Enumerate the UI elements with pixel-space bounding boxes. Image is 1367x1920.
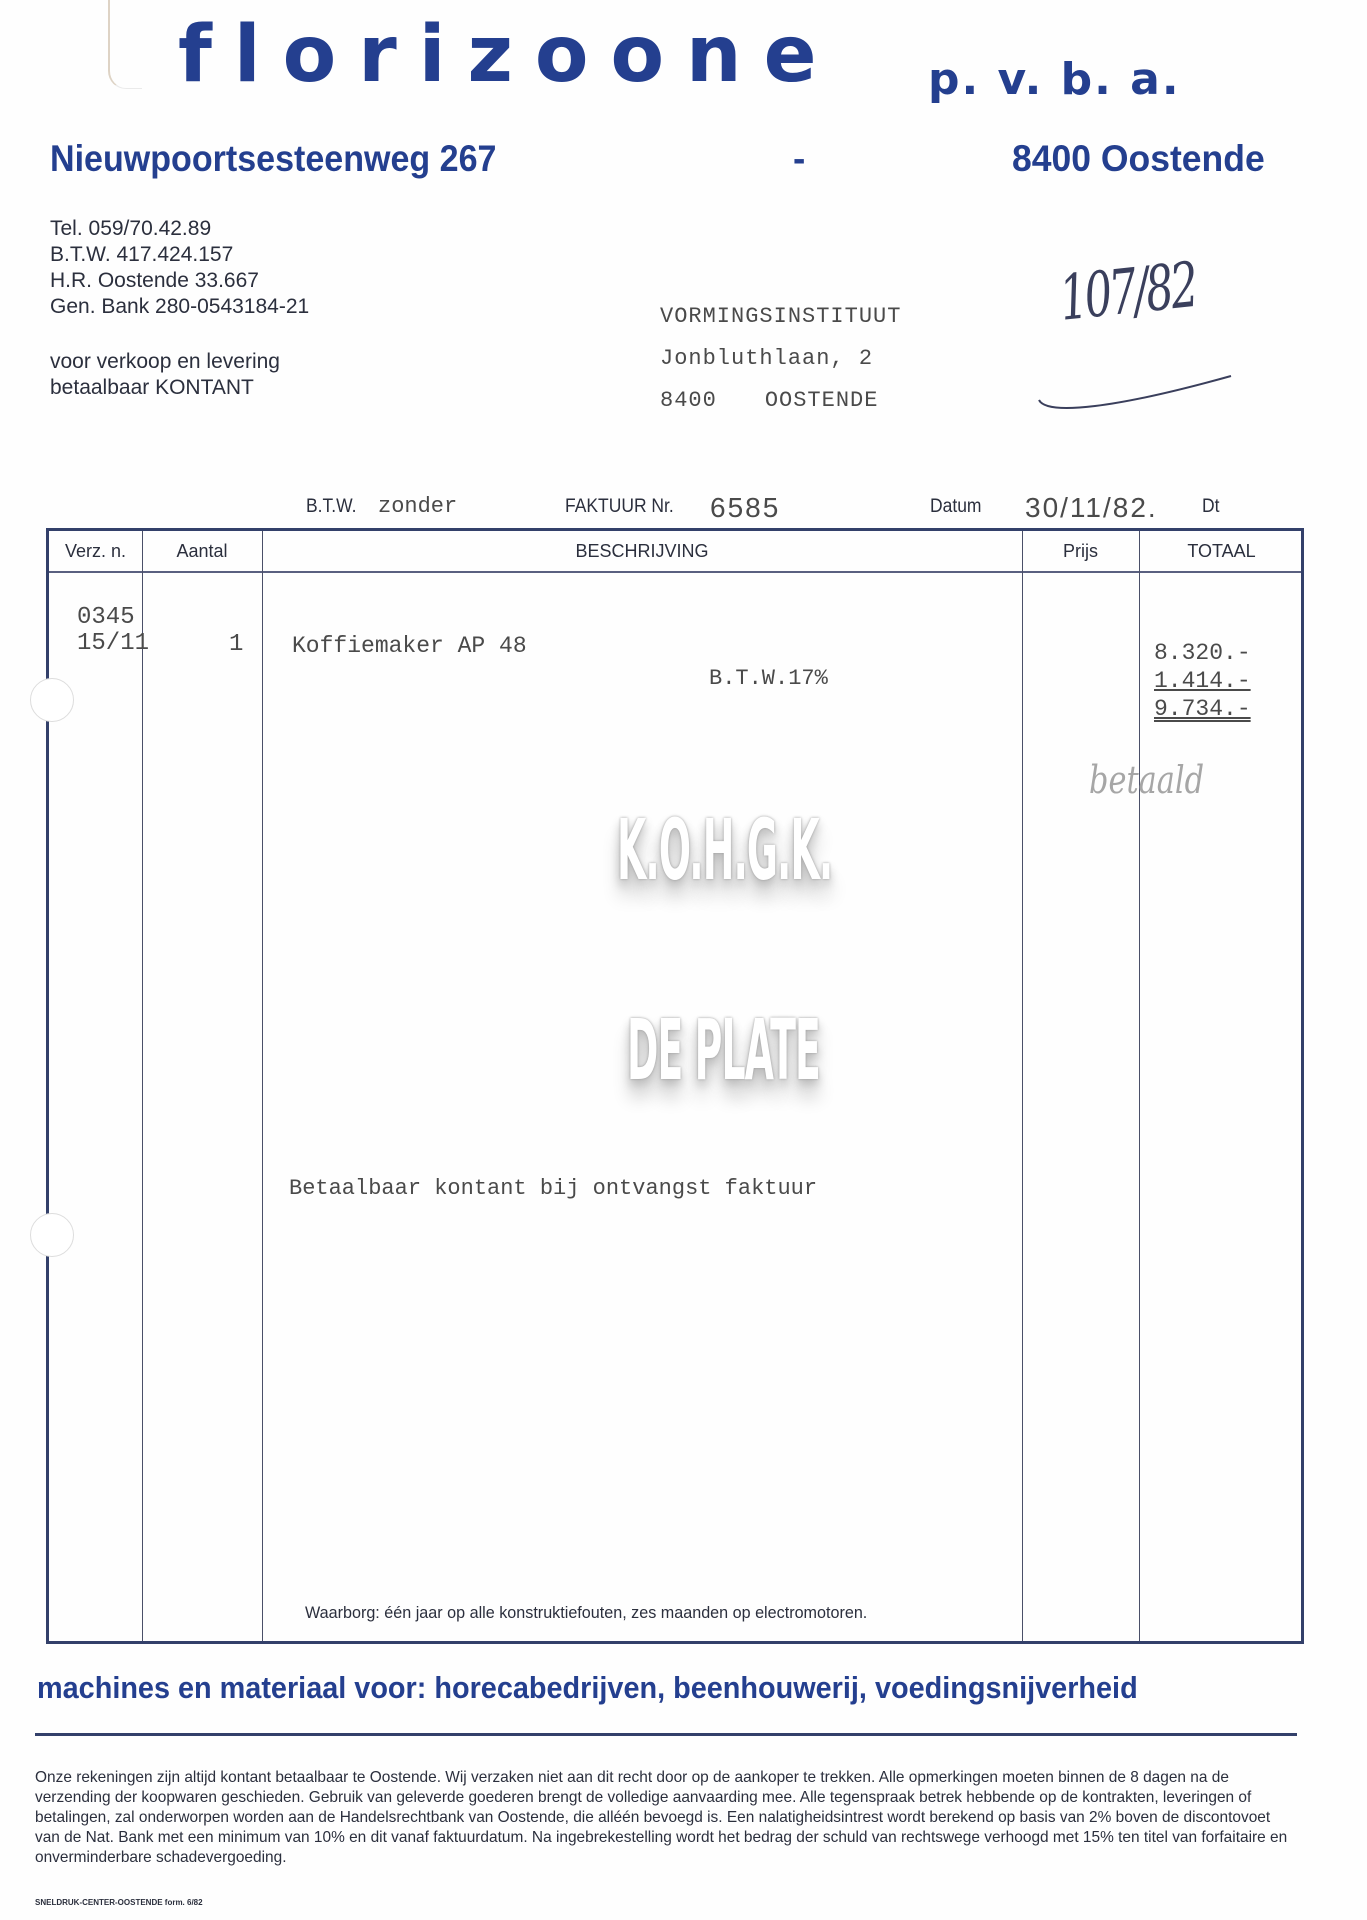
printer-mark: SNELDRUK-CENTER-OOSTENDE form. 6/82 [35, 1898, 203, 1907]
paper-fold-mark [108, 0, 142, 89]
phone: Tel. 059/70.42.89 [50, 216, 309, 242]
recipient-address: VORMINGSINSTITUUT Jonbluthlaan, 2 8400OO… [660, 296, 901, 422]
company-street: Nieuwpoortsesteenweg 267 [50, 138, 496, 180]
company-logo: florizoone [178, 16, 838, 94]
subtotal: 8.320.- [1154, 639, 1251, 667]
column-header-verz: Verz. n. [49, 541, 142, 562]
handwritten-reference: 107/82 [1056, 248, 1199, 335]
recipient-city: OOSTENDE [765, 388, 879, 413]
payment-note: Betaalbaar kontant bij ontvangst faktuur [289, 1176, 817, 1201]
punch-hole [30, 1213, 74, 1257]
date-label: Datum [930, 496, 981, 518]
watermark-line: DE PLATE [627, 1001, 820, 1099]
quantity: 1 [229, 631, 243, 658]
invoice-date: 30/11/82. [1025, 492, 1158, 524]
column-divider [142, 531, 143, 1641]
column-divider [1139, 531, 1140, 1641]
column-divider [262, 531, 263, 1641]
legal-form: p. v. b. a. [928, 54, 1181, 105]
bank-account: Gen. Bank 280-0543184-21 [50, 294, 309, 320]
column-header-aantal: Aantal [142, 541, 262, 562]
company-city: 8400 Oostende [1012, 138, 1265, 180]
footer-divider [35, 1733, 1297, 1736]
vat-amount: 1.414.- [1154, 667, 1251, 695]
paid-note: betaald [1089, 758, 1204, 802]
recipient-postal-code: 8400 [660, 388, 717, 413]
shipment-date: 15/11 [77, 631, 149, 657]
company-tagline: machines en materiaal voor: horecabedrij… [37, 1670, 1138, 1706]
recipient-street: Jonbluthlaan, 2 [660, 338, 901, 380]
column-header-prijs: Prijs [1022, 541, 1139, 562]
recipient-name: VORMINGSINSTITUUT [660, 296, 901, 338]
shipment-number: 0345 15/11 [77, 605, 149, 657]
vat-value: zonder [378, 494, 457, 519]
invoice-number-label: FAKTUUR Nr. [565, 496, 674, 518]
sales-terms-line: voor verkoop en levering [50, 349, 280, 375]
vat-rate-label: B.T.W.17% [709, 666, 828, 691]
shipment-code: 0345 [77, 605, 149, 631]
column-header-beschrijving: BESCHRIJVING [262, 541, 1022, 562]
watermark-line: K.O.H.G.K. [617, 801, 832, 899]
vat-number: B.T.W. 417.424.157 [50, 242, 309, 268]
column-divider [1022, 531, 1023, 1641]
vat-label: B.T.W. [306, 496, 357, 518]
invoice-number: 6585 [710, 492, 780, 524]
handwritten-underline [1035, 370, 1235, 410]
totals-column: 8.320.- 1.414.- 9.734.- [1154, 639, 1251, 723]
warranty-note: Waarborg: één jaar op alle konstruktiefo… [305, 1603, 867, 1623]
sales-terms-line: betaalbaar KONTANT [50, 375, 280, 401]
trade-register: H.R. Oostende 33.667 [50, 268, 309, 294]
sales-terms: voor verkoop en levering betaalbaar KONT… [50, 349, 280, 401]
item-description: Koffiemaker AP 48 [292, 633, 527, 659]
column-header-totaal: TOTAAL [1139, 541, 1304, 562]
date-suffix: Dt [1202, 496, 1219, 518]
recipient-city-line: 8400OOSTENDE [660, 380, 901, 422]
address-separator: - [793, 138, 805, 180]
invoice-table: Verz. n. Aantal BESCHRIJVING Prijs TOTAA… [46, 528, 1304, 1644]
punch-hole [30, 678, 74, 722]
grand-total: 9.734.- [1154, 695, 1251, 723]
terms-and-conditions: Onze rekeningen zijn altijd kontant beta… [35, 1768, 1290, 1868]
contact-block: Tel. 059/70.42.89 B.T.W. 417.424.157 H.R… [50, 216, 309, 320]
